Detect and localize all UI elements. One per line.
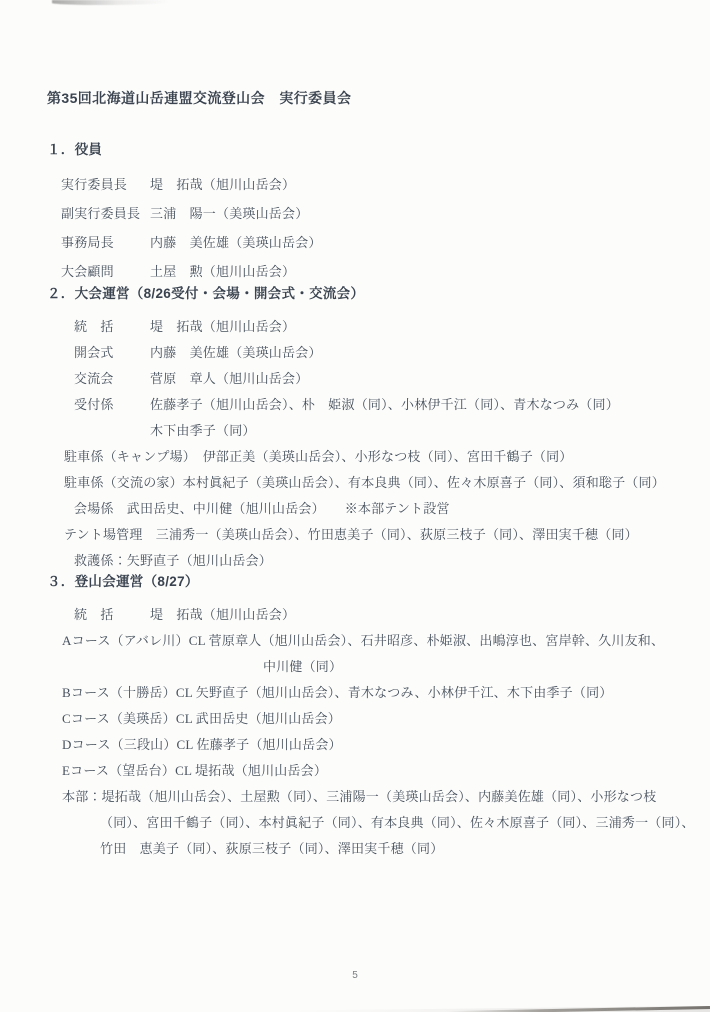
doc-line: 中川健（同） — [0, 654, 710, 680]
doc-line: 会場係 武田岳史、中川健（旭川山岳会） ※本部テント設営 — [0, 496, 710, 522]
line-text: Cコース（美瑛岳）CL 武田岳史（旭川山岳会） — [62, 711, 341, 726]
line-text: 内藤 美佐雄（美瑛山岳会） — [150, 235, 322, 250]
doc-line: 駐車係（キャンプ場） 伊部正美（美瑛山岳会）、小形なつ枝（同）、宮田千鶴子（同） — [0, 444, 710, 470]
doc-line: （同）、宮田千鶴子（同）、本村眞紀子（同）、有本良典（同）、佐々木原喜子（同）、… — [0, 810, 710, 836]
line-text: （同）、宮田千鶴子（同）、本村眞紀子（同）、有本良典（同）、佐々木原喜子（同）、… — [100, 815, 695, 830]
doc-line: Cコース（美瑛岳）CL 武田岳史（旭川山岳会） — [0, 706, 710, 732]
line-text: 竹田 恵美子（同）、荻原三枝子（同）、澤田実千穂（同） — [100, 841, 443, 856]
line-label: 開会式 — [74, 340, 150, 366]
doc-line: 本部：堤拓哉（旭川山岳会）、土屋勲（同）、三浦陽一（美瑛山岳会）、内藤美佐雄（同… — [0, 784, 710, 810]
section-heading: ２．大会運営（8/26受付・会場・開会式・交流会） — [0, 286, 710, 302]
doc-line: 交流会菅原 章人（旭川山岳会） — [0, 366, 710, 392]
line-text: 菅原 章人（旭川山岳会） — [150, 371, 308, 386]
scan-artifact-top — [52, 0, 170, 5]
line-text: 三浦 陽一（美瑛山岳会） — [150, 206, 308, 221]
line-label: 統 括 — [74, 314, 150, 340]
line-label: 受付係 — [74, 392, 150, 418]
doc-line: 木下由季子（同） — [0, 418, 710, 444]
doc-line: 駐車係（交流の家）本村眞紀子（美瑛山岳会）、有本良典（同）、佐々木原喜子（同）、… — [0, 470, 710, 496]
doc-line: Dコース（三段山）CL 佐藤孝子（旭川山岳会） — [0, 732, 710, 758]
doc-line: Aコース（アバレ川）CL 菅原章人（旭川山岳会）、石井昭彦、朴姫淑、出嶋淳也、宮… — [0, 628, 710, 654]
line-label: 統 括 — [74, 602, 150, 628]
line-text: 駐車係（キャンプ場） 伊部正美（美瑛山岳会）、小形なつ枝（同）、宮田千鶴子（同） — [64, 449, 573, 464]
line-label: 交流会 — [74, 366, 150, 392]
doc-line: Eコース（望岳台）CL 堤拓哉（旭川山岳会） — [0, 758, 710, 784]
line-text: 駐車係（交流の家）本村眞紀子（美瑛山岳会）、有本良典（同）、佐々木原喜子（同）、… — [64, 475, 665, 490]
line-text: Eコース（望岳台）CL 堤拓哉（旭川山岳会） — [62, 763, 327, 778]
doc-line: Bコース（十勝岳）CL 矢野直子（旭川山岳会）、青木なつみ、小林伊千江、木下由季… — [0, 680, 710, 706]
line-text: 救護係：矢野直子（旭川山岳会） — [74, 553, 272, 568]
section-2: ２．大会運営（8/26受付・会場・開会式・交流会）統 括堤 拓哉（旭川山岳会）開… — [0, 286, 710, 574]
doc-line: 副実行委員長三浦 陽一（美瑛山岳会） — [0, 199, 710, 228]
line-text: 佐藤孝子（旭川山岳会）、朴 姫淑（同）、小林伊千江（同）、青木なつみ（同） — [150, 397, 619, 412]
doc-line: 開会式内藤 美佐雄（美瑛山岳会） — [0, 340, 710, 366]
page-number: 5 — [0, 970, 710, 981]
line-text: Dコース（三段山）CL 佐藤孝子（旭川山岳会） — [62, 737, 342, 752]
doc-line: 受付係佐藤孝子（旭川山岳会）、朴 姫淑（同）、小林伊千江（同）、青木なつみ（同） — [0, 392, 710, 418]
doc-line: 救護係：矢野直子（旭川山岳会） — [0, 548, 710, 574]
line-label: 大会顧問 — [61, 257, 150, 286]
line-text: テント場管理 三浦秀一（美瑛山岳会）、竹田恵美子（同）、荻原三枝子（同）、澤田実… — [64, 527, 638, 542]
line-text: 会場係 武田岳史、中川健（旭川山岳会） ※本部テント設営 — [74, 501, 450, 516]
line-text: 本部：堤拓哉（旭川山岳会）、土屋勲（同）、三浦陽一（美瑛山岳会）、内藤美佐雄（同… — [62, 789, 656, 804]
line-text: 堤 拓哉（旭川山岳会） — [150, 177, 295, 192]
doc-line: 竹田 恵美子（同）、荻原三枝子（同）、澤田実千穂（同） — [0, 836, 710, 862]
line-label: 実行委員長 — [61, 170, 150, 199]
document-title: 第35回北海道山岳連盟交流登山会 実行委員会 — [47, 88, 351, 108]
line-text: 堤 拓哉（旭川山岳会） — [150, 607, 295, 622]
doc-line: 実行委員長堤 拓哉（旭川山岳会） — [0, 170, 710, 199]
section-heading: １．役員 — [0, 142, 710, 158]
doc-line: 大会顧問土屋 勲（旭川山岳会） — [0, 257, 710, 286]
section-3: ３．登山会運営（8/27）統 括堤 拓哉（旭川山岳会）Aコース（アバレ川）CL … — [0, 574, 710, 862]
section-1: １．役員実行委員長堤 拓哉（旭川山岳会）副実行委員長三浦 陽一（美瑛山岳会）事務… — [0, 142, 710, 286]
line-label: 副実行委員長 — [61, 199, 150, 228]
document-page: 第35回北海道山岳連盟交流登山会 実行委員会 １．役員実行委員長堤 拓哉（旭川山… — [0, 0, 710, 1012]
doc-line: 事務局長内藤 美佐雄（美瑛山岳会） — [0, 228, 710, 257]
doc-line: 統 括堤 拓哉（旭川山岳会） — [0, 602, 710, 628]
line-text: 内藤 美佐雄（美瑛山岳会） — [150, 345, 322, 360]
line-label: 事務局長 — [61, 228, 150, 257]
line-text: 木下由季子（同） — [150, 423, 256, 438]
section-heading: ３．登山会運営（8/27） — [0, 574, 710, 590]
line-text: Aコース（アバレ川）CL 菅原章人（旭川山岳会）、石井昭彦、朴姫淑、出嶋淳也、宮… — [62, 633, 664, 648]
line-text: 土屋 勲（旭川山岳会） — [150, 264, 295, 279]
line-text: Bコース（十勝岳）CL 矢野直子（旭川山岳会）、青木なつみ、小林伊千江、木下由季… — [62, 685, 612, 700]
document-body: １．役員実行委員長堤 拓哉（旭川山岳会）副実行委員長三浦 陽一（美瑛山岳会）事務… — [0, 142, 710, 862]
line-text: 中川健（同） — [263, 659, 342, 674]
line-text: 堤 拓哉（旭川山岳会） — [150, 319, 295, 334]
doc-line: テント場管理 三浦秀一（美瑛山岳会）、竹田恵美子（同）、荻原三枝子（同）、澤田実… — [0, 522, 710, 548]
doc-line: 統 括堤 拓哉（旭川山岳会） — [0, 314, 710, 340]
